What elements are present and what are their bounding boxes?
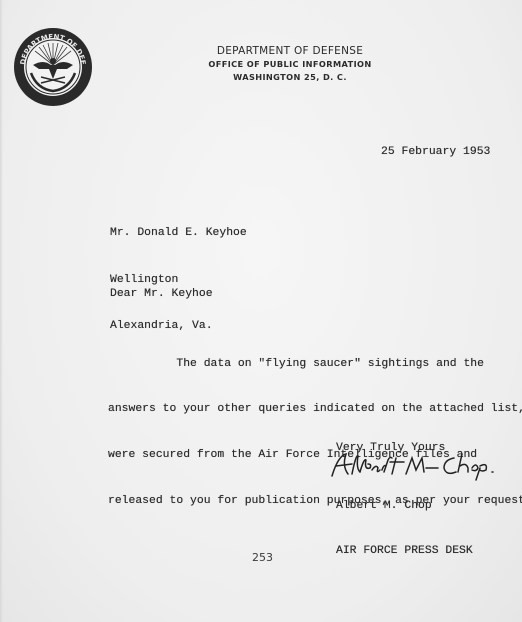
- signatory-name: Albert M. Chop: [336, 499, 473, 514]
- signatory-title: AIR FORCE PRESS DESK: [336, 544, 473, 559]
- salutation: Dear Mr. Keyhoe: [110, 288, 213, 300]
- letterhead-address: WASHINGTON 25, D. C.: [180, 71, 400, 84]
- page-number: 253: [252, 551, 273, 564]
- signatory: Albert M. Chop AIR FORCE PRESS DESK: [336, 469, 473, 589]
- body-line: The data on "flying saucer" sightings an…: [108, 357, 522, 372]
- letter-page: DEPARTMENT OF DEFENSE DEPARTMENT OF DEFE…: [0, 0, 522, 622]
- recipient-name: Mr. Donald E. Keyhoe: [110, 226, 247, 242]
- body-line: answers to your other queries indicated …: [108, 402, 522, 417]
- scan-edge: [0, 0, 3, 622]
- recipient-street: Wellington: [110, 273, 247, 289]
- letterhead-office: OFFICE OF PUBLIC INFORMATION: [180, 58, 400, 71]
- letterhead: DEPARTMENT OF DEFENSE OFFICE OF PUBLIC I…: [180, 44, 400, 84]
- dod-seal-icon: DEPARTMENT OF DEFENSE: [13, 27, 93, 107]
- letterhead-department: DEPARTMENT OF DEFENSE: [180, 44, 400, 58]
- letter-date: 25 February 1953: [381, 146, 490, 158]
